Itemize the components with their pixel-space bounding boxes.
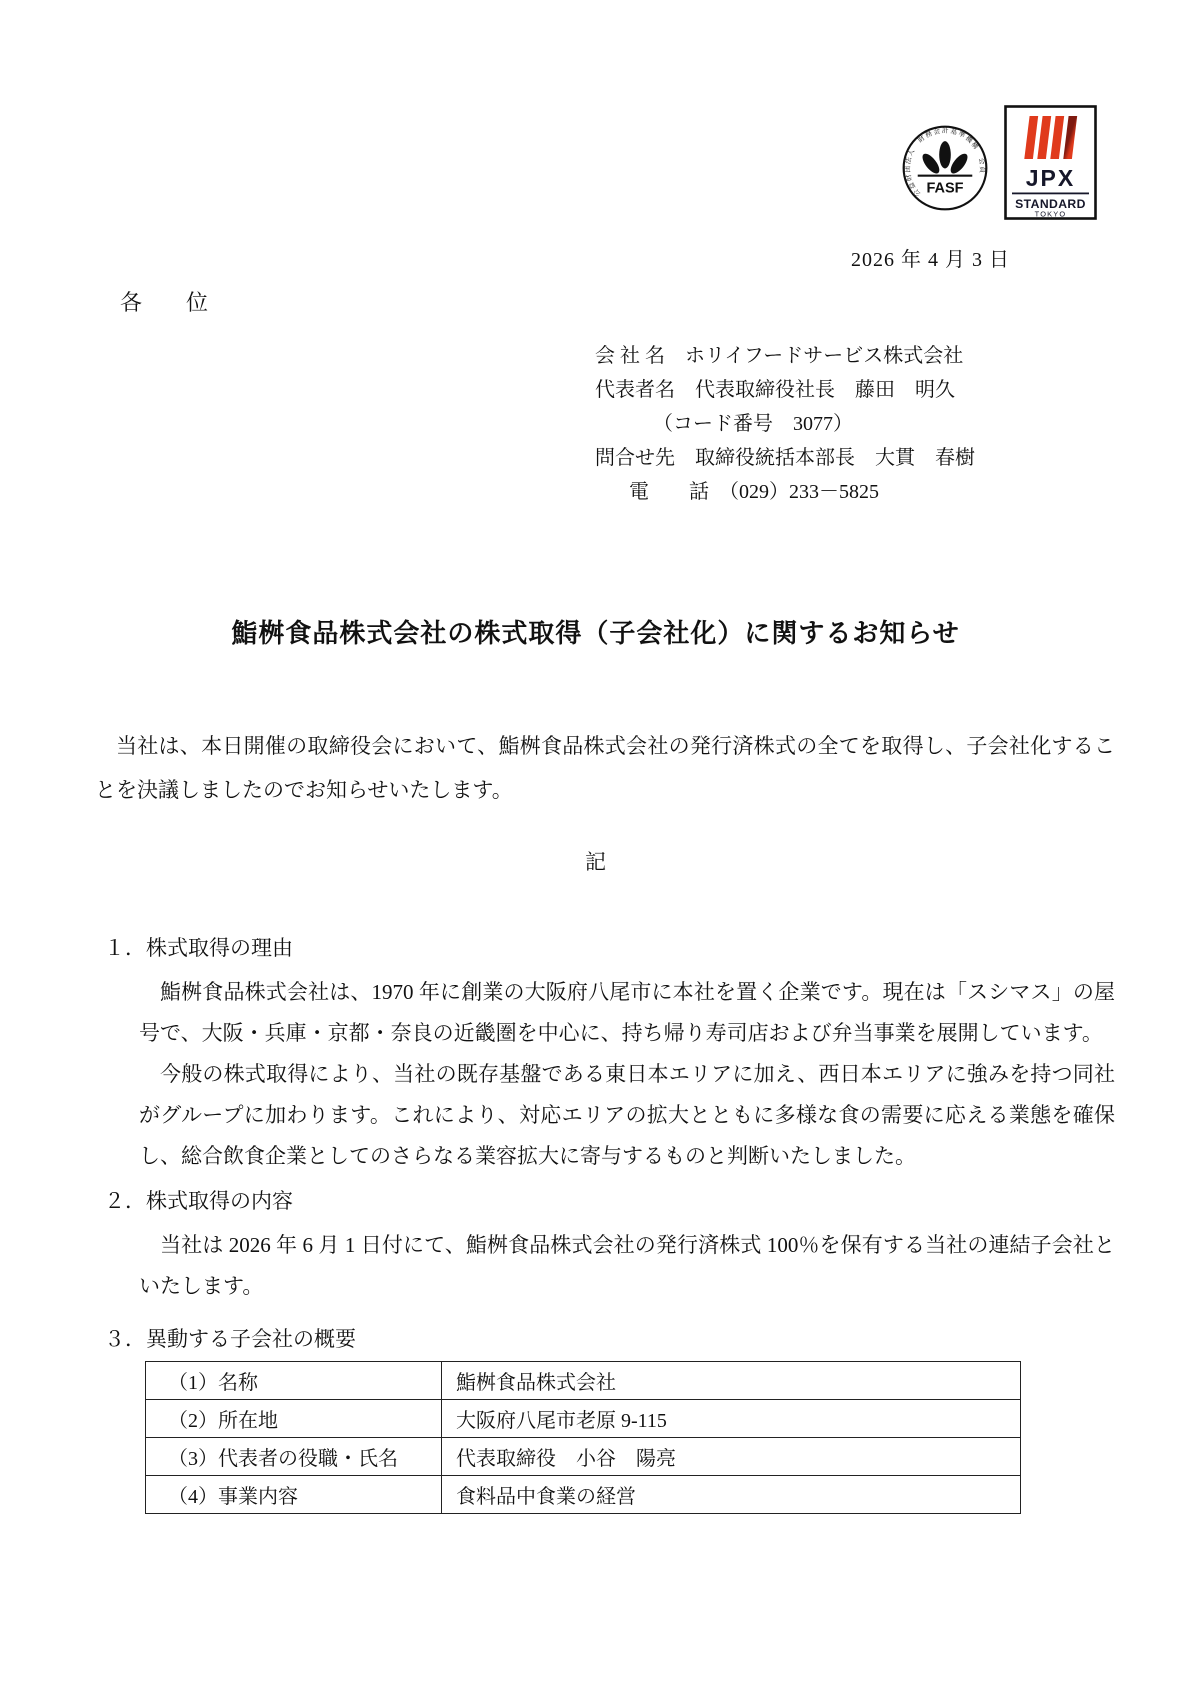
fasf-acronym: FASF xyxy=(926,181,963,197)
notation-ki: 記 xyxy=(0,846,1191,876)
sender-block: 会 社 名 ホリイフードサービス株式会社 代表者名 代表取締役社長 藤田 明久 … xyxy=(595,339,1191,509)
section-3-heading: ３．異動する子会社の概要 xyxy=(104,1323,1191,1353)
table-label-cell: （2）所在地 xyxy=(146,1400,442,1438)
section-2-heading: ２．株式取得の内容 xyxy=(104,1185,1191,1215)
jpx-city-text: TOKYO xyxy=(1035,210,1067,219)
jpx-brand-text: JPX xyxy=(1026,165,1075,191)
section-1-paragraph-2: 今般の株式取得により、当社の既存基盤である東日本エリアに加え、西日本エリアに強み… xyxy=(139,1054,1115,1177)
sender-company-name: 会 社 名 ホリイフードサービス株式会社 xyxy=(595,339,1191,373)
table-value-cell: 代表取締役 小谷 陽亮 xyxy=(442,1438,1021,1476)
table-row: （2）所在地 大阪府八尾市老原 9-115 xyxy=(146,1400,1021,1438)
table-value-cell: 大阪府八尾市老原 9-115 xyxy=(442,1400,1021,1438)
sender-telephone: 電 話 （029）233－5825 xyxy=(595,475,1191,509)
sender-stock-code: （コード番号 3077） xyxy=(595,407,1191,441)
table-label-cell: （1）名称 xyxy=(146,1362,442,1400)
jpx-logo-icon: JPX STANDARD TOKYO xyxy=(1004,105,1097,220)
sender-representative: 代表者名 代表取締役社長 藤田 明久 xyxy=(595,373,1191,407)
document-date: 2026 年 4 月 3 日 xyxy=(0,243,1191,272)
section-1-body: 鮨桝食品株式会社は、1970 年に創業の大阪府八尾市に本社を置く企業です。現在は… xyxy=(139,972,1115,1177)
intro-paragraph: 当社は、本日開催の取締役会において、鮨桝食品株式会社の発行済株式の全てを取得し、… xyxy=(95,724,1115,812)
document-title: 鮨桝食品株式会社の株式取得（子会社化）に関するお知らせ xyxy=(0,613,1191,650)
fasf-petal-center xyxy=(939,141,951,168)
fasf-bar xyxy=(918,175,973,177)
sender-contact: 問合せ先 取締役統括本部長 大貫 春樹 xyxy=(595,441,1191,475)
section-1-heading: １．株式取得の理由 xyxy=(104,932,1191,962)
table-label-cell: （3）代表者の役職・氏名 xyxy=(146,1438,442,1476)
subsidiary-table: （1）名称 鮨桝食品株式会社 （2）所在地 大阪府八尾市老原 9-115 （3）… xyxy=(145,1361,1021,1514)
table-row: （3）代表者の役職・氏名 代表取締役 小谷 陽亮 xyxy=(146,1438,1021,1476)
section-2-paragraph-1: 当社は 2026 年 6 月 1 日付にて、鮨桝食品株式会社の発行済株式 100… xyxy=(139,1225,1115,1307)
section-2-body: 当社は 2026 年 6 月 1 日付にて、鮨桝食品株式会社の発行済株式 100… xyxy=(139,1225,1115,1307)
jpx-divider xyxy=(1012,193,1089,195)
table-value-cell: 食料品中食業の経営 xyxy=(442,1476,1021,1514)
table-row: （4）事業内容 食料品中食業の経営 xyxy=(146,1476,1021,1514)
section-1-paragraph-1: 鮨桝食品株式会社は、1970 年に創業の大阪府八尾市に本社を置く企業です。現在は… xyxy=(139,972,1115,1054)
table-value-cell: 鮨桝食品株式会社 xyxy=(442,1362,1021,1400)
document-page: 公益財団法人 財務会計基準機構 会員 FASF JPX STANDARD TOK… xyxy=(0,0,1191,1684)
fasf-logo-icon: 公益財団法人 財務会計基準機構 会員 FASF xyxy=(901,124,989,212)
table-row: （1）名称 鮨桝食品株式会社 xyxy=(146,1362,1021,1400)
salutation: 各 位 xyxy=(120,286,1191,317)
table-label-cell: （4）事業内容 xyxy=(146,1476,442,1514)
